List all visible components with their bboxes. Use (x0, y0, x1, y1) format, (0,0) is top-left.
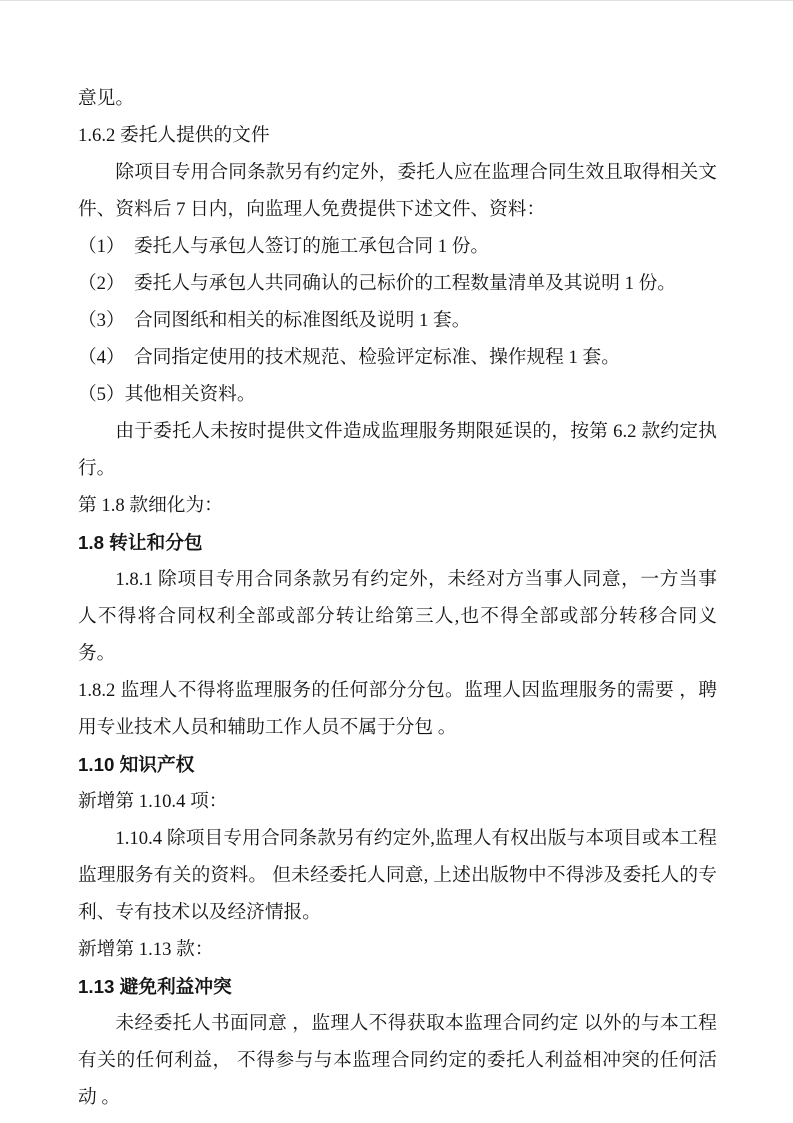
section-heading-1-10: 1.10 知识产权 (78, 746, 717, 783)
list-item-4: （4） 合同指定使用的技术规范、检验评定标准、操作规程 1 套。 (78, 339, 717, 376)
paragraph-1-8-1: 1.8.1 除项目专用合同条款另有约定外，未经对方当事人同意，一方当事人不得将合… (78, 561, 717, 672)
section-heading-1-13: 1.13 避免利益冲突 (78, 968, 717, 1005)
list-item-1: （1） 委托人与承包人签订的施工承包合同 1 份。 (78, 228, 717, 265)
clause-note-1-13: 新增第 1.13 款： (78, 931, 717, 968)
paragraph-delay-clause: 由于委托人未按时提供文件造成监理服务期限延误的，按第 6.2 款约定执行。 (78, 413, 717, 487)
section-heading-1-8: 1.8 转让和分包 (78, 524, 717, 561)
paragraph-1-8-2: 1.8.2 监理人不得将监理服务的任何部分分包。监理人因监理服务的需要 ，聘用专… (78, 672, 717, 746)
list-item-5: （5）其他相关资料。 (78, 376, 717, 413)
paragraph-1-10-4: 1.10.4 除项目专用合同条款另有约定外,监理人有权出版与本项目或本工程监理服… (78, 820, 717, 931)
clause-note-1-8: 第 1.8 款细化为： (78, 487, 717, 524)
clause-note-1-10-4: 新增第 1.10.4 项： (78, 783, 717, 820)
list-item-3: （3） 合同图纸和相关的标准图纸及说明 1 套。 (78, 302, 717, 339)
document-page: 意见。 1.6.2 委托人提供的文件 除项目专用合同条款另有约定外，委托人应在监… (0, 1, 793, 1123)
paragraph-conflict-of-interest: 未经委托人书面同意 ，监理人不得获取本监理合同约定 以外的与本工程有关的任何利益… (78, 1005, 717, 1116)
paragraph-documents-provided: 除项目专用合同条款另有约定外，委托人应在监理合同生效且取得相关文件、资料后 7 … (78, 154, 717, 228)
list-item-2: （2） 委托人与承包人共同确认的己标价的工程数量清单及其说明 1 份。 (78, 265, 717, 302)
clause-title-1-6-2: 1.6.2 委托人提供的文件 (78, 117, 717, 154)
paragraph-continuation-yijian: 意见。 (78, 80, 717, 117)
